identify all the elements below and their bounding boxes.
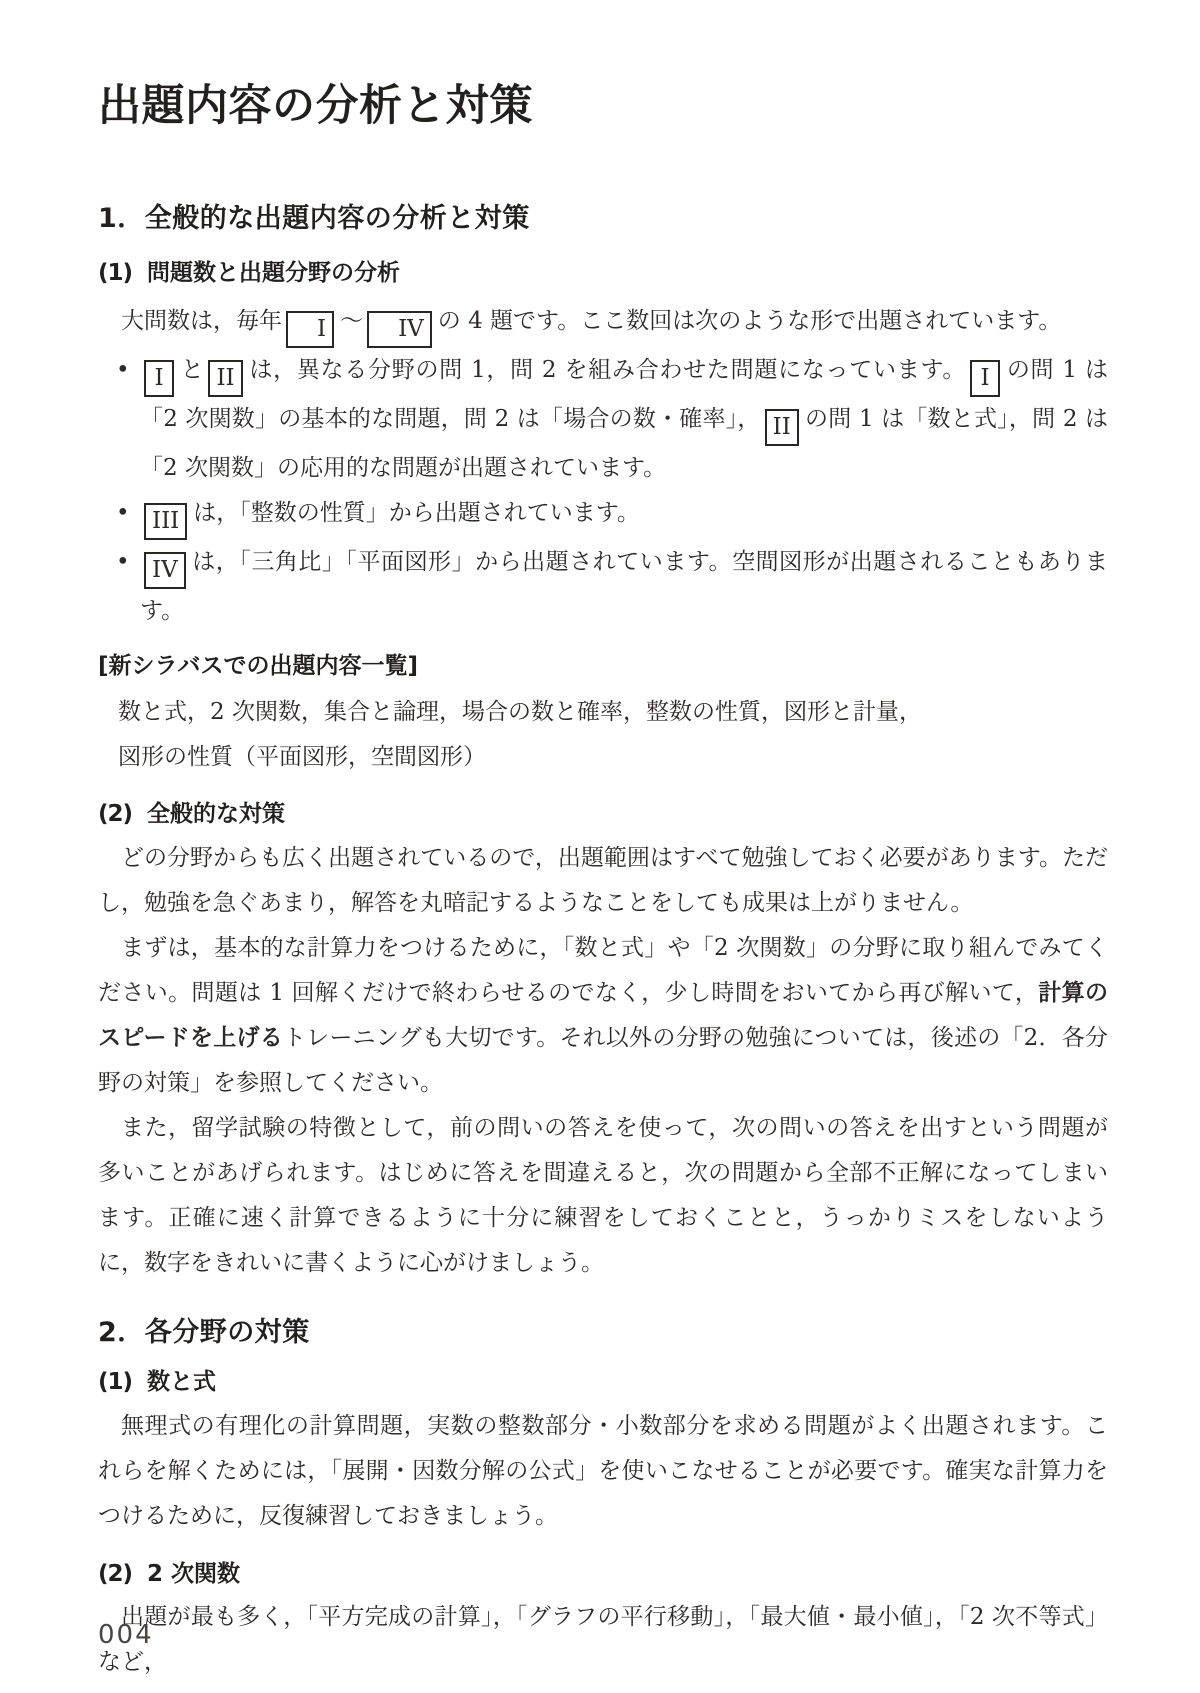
text-run: 図形の性質（平面図形，空間図形） — [118, 744, 486, 770]
page-content: 出題内容の分析と対策 1．全般的な出題内容の分析と対策 (1)問題数と出題分野の… — [98, 0, 1108, 1685]
subsection-1-1-label: (1) — [98, 260, 132, 286]
general-strategy-paragraphs: どの分野からも広く出題されているので，出題範囲はすべて勉強しておく必要があります… — [98, 836, 1108, 1286]
subsection-2-1-label: (1) — [98, 1369, 132, 1395]
numbers-expressions-paragraphs: 無理式の有理化の計算問題，実数の整数部分・小数部分を求める問題がよく出題されます… — [98, 1404, 1108, 1539]
syllabus-line: 図形の性質（平面図形，空間図形） — [118, 735, 1108, 780]
bullet-item: • IIIは，「整数の性質」から出題されています。 — [116, 491, 1108, 540]
bullet-item: • IVは，「三角比」「平面図形」から出題されています。空間図形が出題されること… — [116, 540, 1108, 634]
subsection-2-2-heading: (2)2 次関数 — [98, 1561, 1108, 1587]
subsection-2-2-title: 2 次関数 — [147, 1561, 240, 1587]
page-title: 出題内容の分析と対策 — [98, 84, 1108, 128]
body-paragraph: どの分野からも広く出題されているので，出題範囲はすべて勉強しておく必要があります… — [98, 836, 1108, 926]
roman-numeral-box: I — [286, 311, 334, 348]
text-run: まずは，基本的な計算力をつけるために，「数と式」や「2 次関数」の分野に取り組ん… — [98, 935, 1108, 1006]
bullet-marker: • — [116, 491, 140, 536]
text-run: また，留学試験の特徴として，前の問いの答えを使って，次の問いの答えを出すという問… — [98, 1115, 1108, 1276]
text-run: 大問数は，毎年 — [121, 308, 282, 334]
section-2-heading: 2．各分野の対策 — [98, 1318, 1108, 1348]
page-number: 004 — [98, 1620, 154, 1650]
roman-numeral-box: I — [970, 360, 1000, 397]
subsection-2-1-title: 数と式 — [147, 1369, 216, 1395]
quadratic-function-paragraphs: 出題が最も多く，「平方完成の計算」，「グラフの平行移動」，「最大値・最小値」，「… — [98, 1595, 1108, 1685]
bullet-text: IIIは，「整数の性質」から出題されています。 — [140, 491, 1108, 540]
bullet-text: IVは，「三角比」「平面図形」から出題されています。空間図形が出題されることもあ… — [140, 540, 1108, 634]
body-paragraph: 無理式の有理化の計算問題，実数の整数部分・小数部分を求める問題がよく出題されます… — [98, 1404, 1108, 1539]
text-run: どの分野からも広く出題されているので，出題範囲はすべて勉強しておく必要があります… — [98, 845, 1108, 916]
subsection-1-1-title: 問題数と出題分野の分析 — [147, 260, 400, 286]
bullet-text: IとIIは，異なる分野の問 1，問 2 を組み合わせた問題になっています。Iの問… — [140, 348, 1108, 491]
bullet-item: • IとIIは，異なる分野の問 1，問 2 を組み合わせた問題になっています。I… — [116, 348, 1108, 491]
roman-numeral-box: IV — [144, 552, 186, 589]
subsection-1-2-label: (2) — [98, 801, 132, 827]
text-run: は，「整数の性質」から出題されています。 — [193, 500, 640, 526]
body-paragraph: また，留学試験の特徴として，前の問いの答えを使って，次の問いの答えを出すという問… — [98, 1106, 1108, 1286]
document-page: 出題内容の分析と対策 1．全般的な出題内容の分析と対策 (1)問題数と出題分野の… — [0, 0, 1200, 1693]
text-run: 出題が最も多く，「平方完成の計算」，「グラフの平行移動」，「最大値・最小値」，「… — [98, 1604, 1108, 1675]
roman-numeral-box: I — [144, 360, 174, 397]
subsection-1-2-title: 全般的な対策 — [147, 801, 285, 827]
text-run: は，「三角比」「平面図形」から出題されています。空間図形が出題されることもありま… — [140, 549, 1108, 624]
text-run: 数と式，2 次関数，集合と論理，場合の数と確率，整数の性質，図形と計量， — [118, 699, 922, 725]
syllabus-heading: [新シラバスでの出題内容一覧] — [98, 653, 1108, 679]
bullet-marker: • — [116, 348, 140, 393]
text-run: の 4 題です。ここ数回は次のような形で出題されています。 — [438, 308, 1062, 334]
subsection-2-2-label: (2) — [98, 1561, 132, 1587]
body-paragraph: まずは，基本的な計算力をつけるために，「数と式」や「2 次関数」の分野に取り組ん… — [98, 926, 1108, 1106]
bullet-marker: • — [116, 540, 140, 585]
text-run: は，異なる分野の問 1，問 2 を組み合わせた問題になっています。 — [249, 357, 966, 383]
section-1-heading: 1．全般的な出題内容の分析と対策 — [98, 204, 1108, 234]
text-run: 無理式の有理化の計算問題，実数の整数部分・小数部分を求める問題がよく出題されます… — [98, 1413, 1108, 1529]
text-run: ～ — [340, 308, 363, 334]
bullet-list: • IとIIは，異なる分野の問 1，問 2 を組み合わせた問題になっています。I… — [116, 348, 1108, 634]
subsection-1-2-heading: (2)全般的な対策 — [98, 801, 1108, 827]
intro-paragraph: 大問数は，毎年I～IVの 4 題です。ここ数回は次のような形で出題されています。 — [98, 299, 1108, 348]
subsection-2-1-heading: (1)数と式 — [98, 1369, 1108, 1395]
text-run: と — [180, 357, 204, 383]
roman-numeral-box: IV — [367, 311, 432, 348]
roman-numeral-box: III — [144, 503, 187, 540]
subsection-1-1-heading: (1)問題数と出題分野の分析 — [98, 260, 1108, 286]
syllabus-list: 数と式，2 次関数，集合と論理，場合の数と確率，整数の性質，図形と計量， 図形の… — [118, 690, 1108, 780]
roman-numeral-box: II — [208, 360, 242, 397]
body-paragraph: 出題が最も多く，「平方完成の計算」，「グラフの平行移動」，「最大値・最小値」，「… — [98, 1595, 1108, 1685]
roman-numeral-box: II — [765, 409, 799, 446]
syllabus-line: 数と式，2 次関数，集合と論理，場合の数と確率，整数の性質，図形と計量， — [118, 690, 1108, 735]
